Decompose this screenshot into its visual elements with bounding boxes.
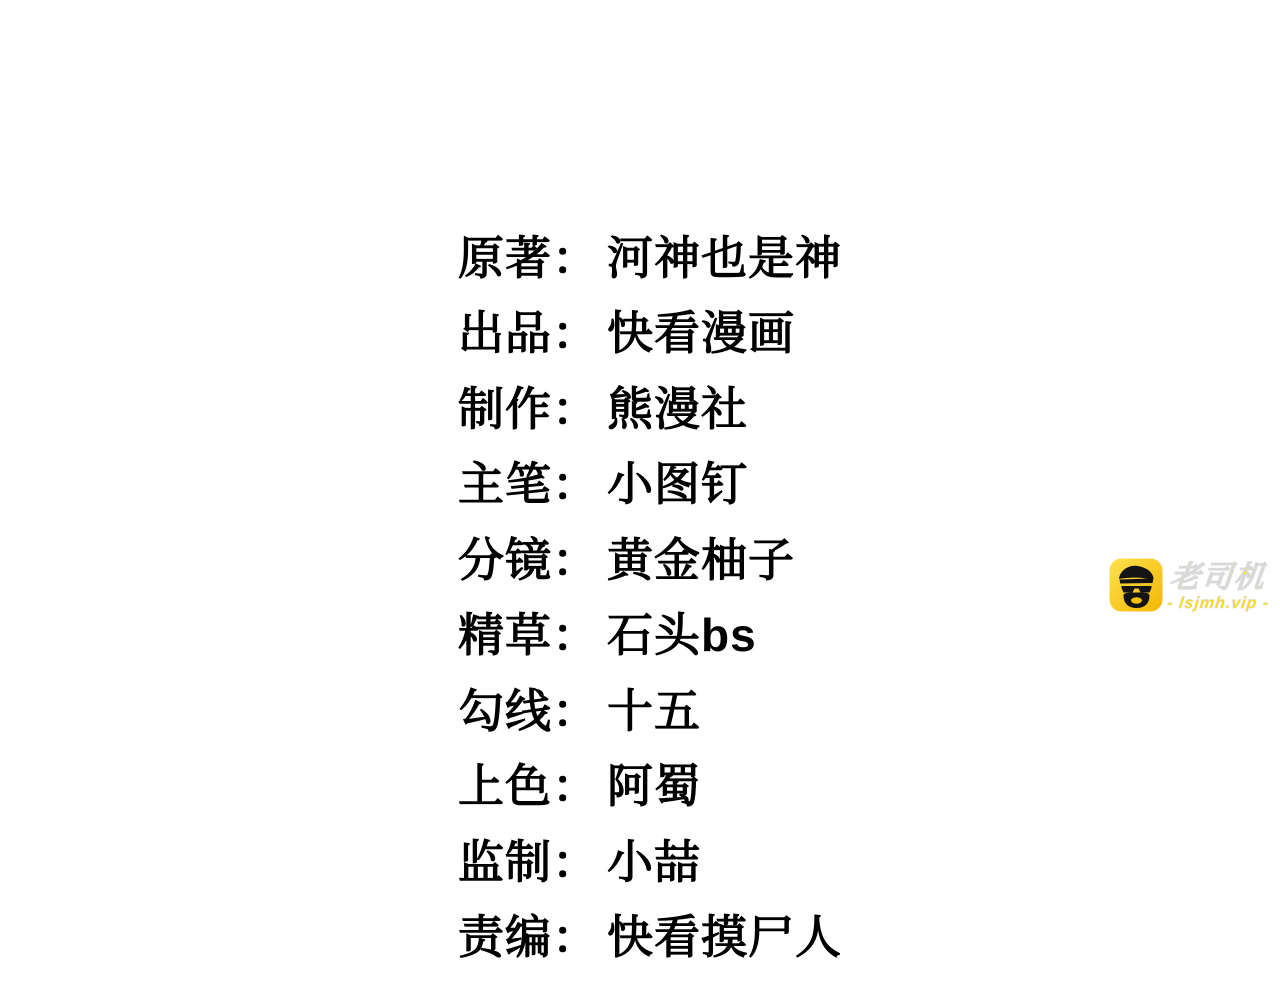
credit-value: 快看漫画 [607,297,795,363]
credit-row-editor: 责编：快看摸尸人 [458,897,842,973]
credits-page: 原著：河神也是神 出品：快看漫画 制作：熊漫社 主笔：小图钉 分镜：黄金柚子 精… [0,0,1280,1000]
credit-colon: ： [552,222,599,288]
credit-row-supervisor: 监制：小喆 [458,821,842,897]
credit-colon: ： [552,297,599,363]
credit-label: 精草 [458,599,552,665]
credit-label: 责编 [458,901,552,967]
credit-row-coloring: 上色：阿蜀 [458,746,842,822]
credit-label: 分镜 [458,524,552,590]
credit-colon: ： [552,675,599,741]
credit-row-storyboard: 分镜：黄金柚子 [458,519,842,595]
credit-label: 制作 [458,373,552,439]
credit-label: 原著 [458,222,552,288]
credit-value: 十五 [607,675,701,741]
watermark-site-url: - lsjmh.vip - [1166,594,1270,613]
credit-colon: ： [552,524,599,590]
credit-value: 小喆 [607,826,701,892]
credit-label: 上色 [458,750,552,816]
driver-face-icon [1109,558,1163,617]
credit-value: 小图钉 [607,448,748,514]
site-watermark: 老司机 - lsjmh.vip - [1109,558,1271,617]
credit-row-production: 制作：熊漫社 [458,368,842,444]
credit-colon: ： [552,373,599,439]
credit-colon: ： [552,750,599,816]
credit-label: 监制 [458,826,552,892]
credit-label: 出品 [458,297,552,363]
credit-value: 石头bs [607,599,757,665]
credit-row-lead-artist: 主笔：小图钉 [458,444,842,520]
credit-colon: ： [552,826,599,892]
credit-value: 河神也是神 [607,222,842,288]
credit-row-draft: 精草：石头bs [458,595,842,671]
watermark-text: 老司机 - lsjmh.vip - [1166,562,1273,613]
credit-value: 黄金柚子 [607,524,795,590]
credits-list: 原著：河神也是神 出品：快看漫画 制作：熊漫社 主笔：小图钉 分镜：黄金柚子 精… [458,217,842,972]
credit-colon: ： [552,901,599,967]
credit-row-lineart: 勾线：十五 [458,670,842,746]
credit-row-publisher: 出品：快看漫画 [458,293,842,369]
credit-value: 熊漫社 [607,373,748,439]
watermark-brand: 老司机 [1168,562,1273,594]
credit-colon: ： [552,599,599,665]
credit-label: 勾线 [458,675,552,741]
credit-colon: ： [552,448,599,514]
credit-row-original-author: 原著：河神也是神 [458,217,842,293]
credit-value: 阿蜀 [607,750,701,816]
credit-value: 快看摸尸人 [607,901,842,967]
credit-label: 主笔 [458,448,552,514]
